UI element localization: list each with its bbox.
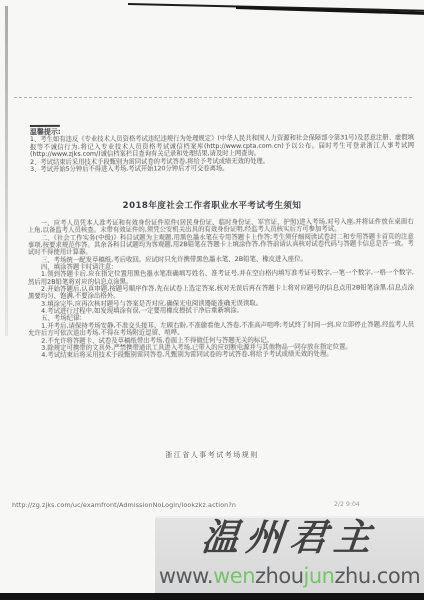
scanned-document-page: 温馨提示: 1、考生如有违反《专业技术人员资格考试违纪违规行为处理规定》(中华人… bbox=[0, 0, 424, 600]
tips-section: 温馨提示: 1、考生如有违反《专业技术人员资格考试违纪违规行为处理规定》(中华人… bbox=[30, 123, 414, 174]
document-signoff: 浙江省人事考试考场规则 bbox=[0, 450, 424, 460]
scan-fold-line bbox=[14, 97, 412, 98]
tip-item: 1、考生如有违反《专业技术人员资格考试违纪违规行为处理规定》(中华人民共和国人力… bbox=[30, 134, 414, 159]
watermark-url-segment: zhou bbox=[255, 564, 304, 588]
scan-edge-artifact bbox=[5, 6, 8, 336]
body-paragraph: 二、《社会工作实务(中级)》科目试题为主观题,用黑色墨水笔在专用答题卡上作答;考… bbox=[28, 233, 414, 257]
watermark-box: 温州君主 www.wenzhoujunzhu.com bbox=[155, 516, 424, 596]
watermark-brand-text: 温州君主 bbox=[199, 516, 379, 558]
watermark-url-segment: zhu.com bbox=[334, 564, 420, 588]
watermark-site-url: www.wenzhoujunzhu.com bbox=[159, 564, 420, 588]
body-paragraph: 1.开考后,请保持考场安静,不准交头接耳、左顾右盼,不准偷看他人答卷,不准高声喧… bbox=[28, 321, 414, 337]
watermark-url-segment: www. bbox=[159, 564, 213, 588]
tip-item: 3、考试开始5分钟后不得进入考场,考试开始120分钟后才可交卷离场。 bbox=[30, 164, 414, 174]
print-footer-page-time: 2/2 9:04 bbox=[334, 501, 360, 508]
document-body: 一、应考人员凭本人准考证和有效身份证件原件(居民身份证、临时身份证、军官证、护照… bbox=[28, 218, 415, 359]
scan-bottom-edge bbox=[0, 593, 424, 600]
tips-underline bbox=[30, 125, 60, 127]
watermark-url-segment: jun bbox=[304, 564, 335, 588]
print-footer-url: http://zg.zjks.com/uc/examfront/Admissio… bbox=[12, 501, 236, 509]
body-paragraph: 4.考试结束后将采用技术手段甄别雷同答卷,凡甄别为雷同试卷的考试答卷,将给予考试… bbox=[28, 350, 414, 359]
document-title: 2018年度社会工作者职业水平考试考生须知 bbox=[0, 199, 424, 211]
watermark-url-segment: wen bbox=[213, 564, 255, 588]
